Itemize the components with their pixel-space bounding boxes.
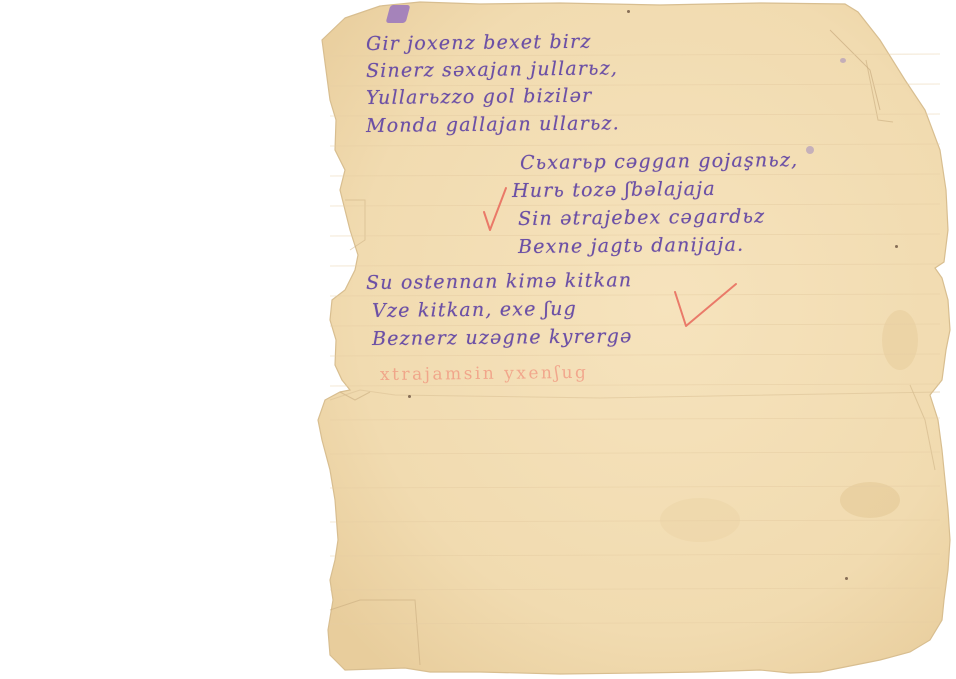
paper-speck xyxy=(627,10,630,13)
poem-line: Hurь tozə ʃbəlajaja xyxy=(512,178,716,202)
poem-line: Yullarьzzo gol bizilər xyxy=(366,85,593,109)
erased-line: xtrajamsin yxenʃug xyxy=(380,363,589,385)
poem-line: Monda gallajan ullarьz. xyxy=(366,112,620,137)
poem-line: Bexne jagtь danijaja. xyxy=(518,234,745,258)
document-scan: Gir joxenz bexet birz Sinerz səxajan jul… xyxy=(0,0,956,679)
paper-speck xyxy=(408,395,411,398)
poem-line: Vze kitkan, exe ʃug xyxy=(372,298,577,322)
poem-line: Su ostennan kimə kitkan xyxy=(366,269,632,294)
ink-blot xyxy=(806,146,814,154)
poem-line: Sinerz səxajan jullarьz, xyxy=(366,57,618,82)
paper-speck xyxy=(845,577,848,580)
poem-line: Gir joxenz bexet birz xyxy=(366,31,592,55)
ink-blot xyxy=(840,58,846,63)
poem-line: Sin ətrajebex cəgardьz xyxy=(518,205,766,230)
poem-line: Cьxarьp cəggan gojaşnьz, xyxy=(520,149,799,174)
poem-line: Beznerz uzəgne kyrergə xyxy=(372,325,633,350)
paper-speck xyxy=(895,245,898,248)
